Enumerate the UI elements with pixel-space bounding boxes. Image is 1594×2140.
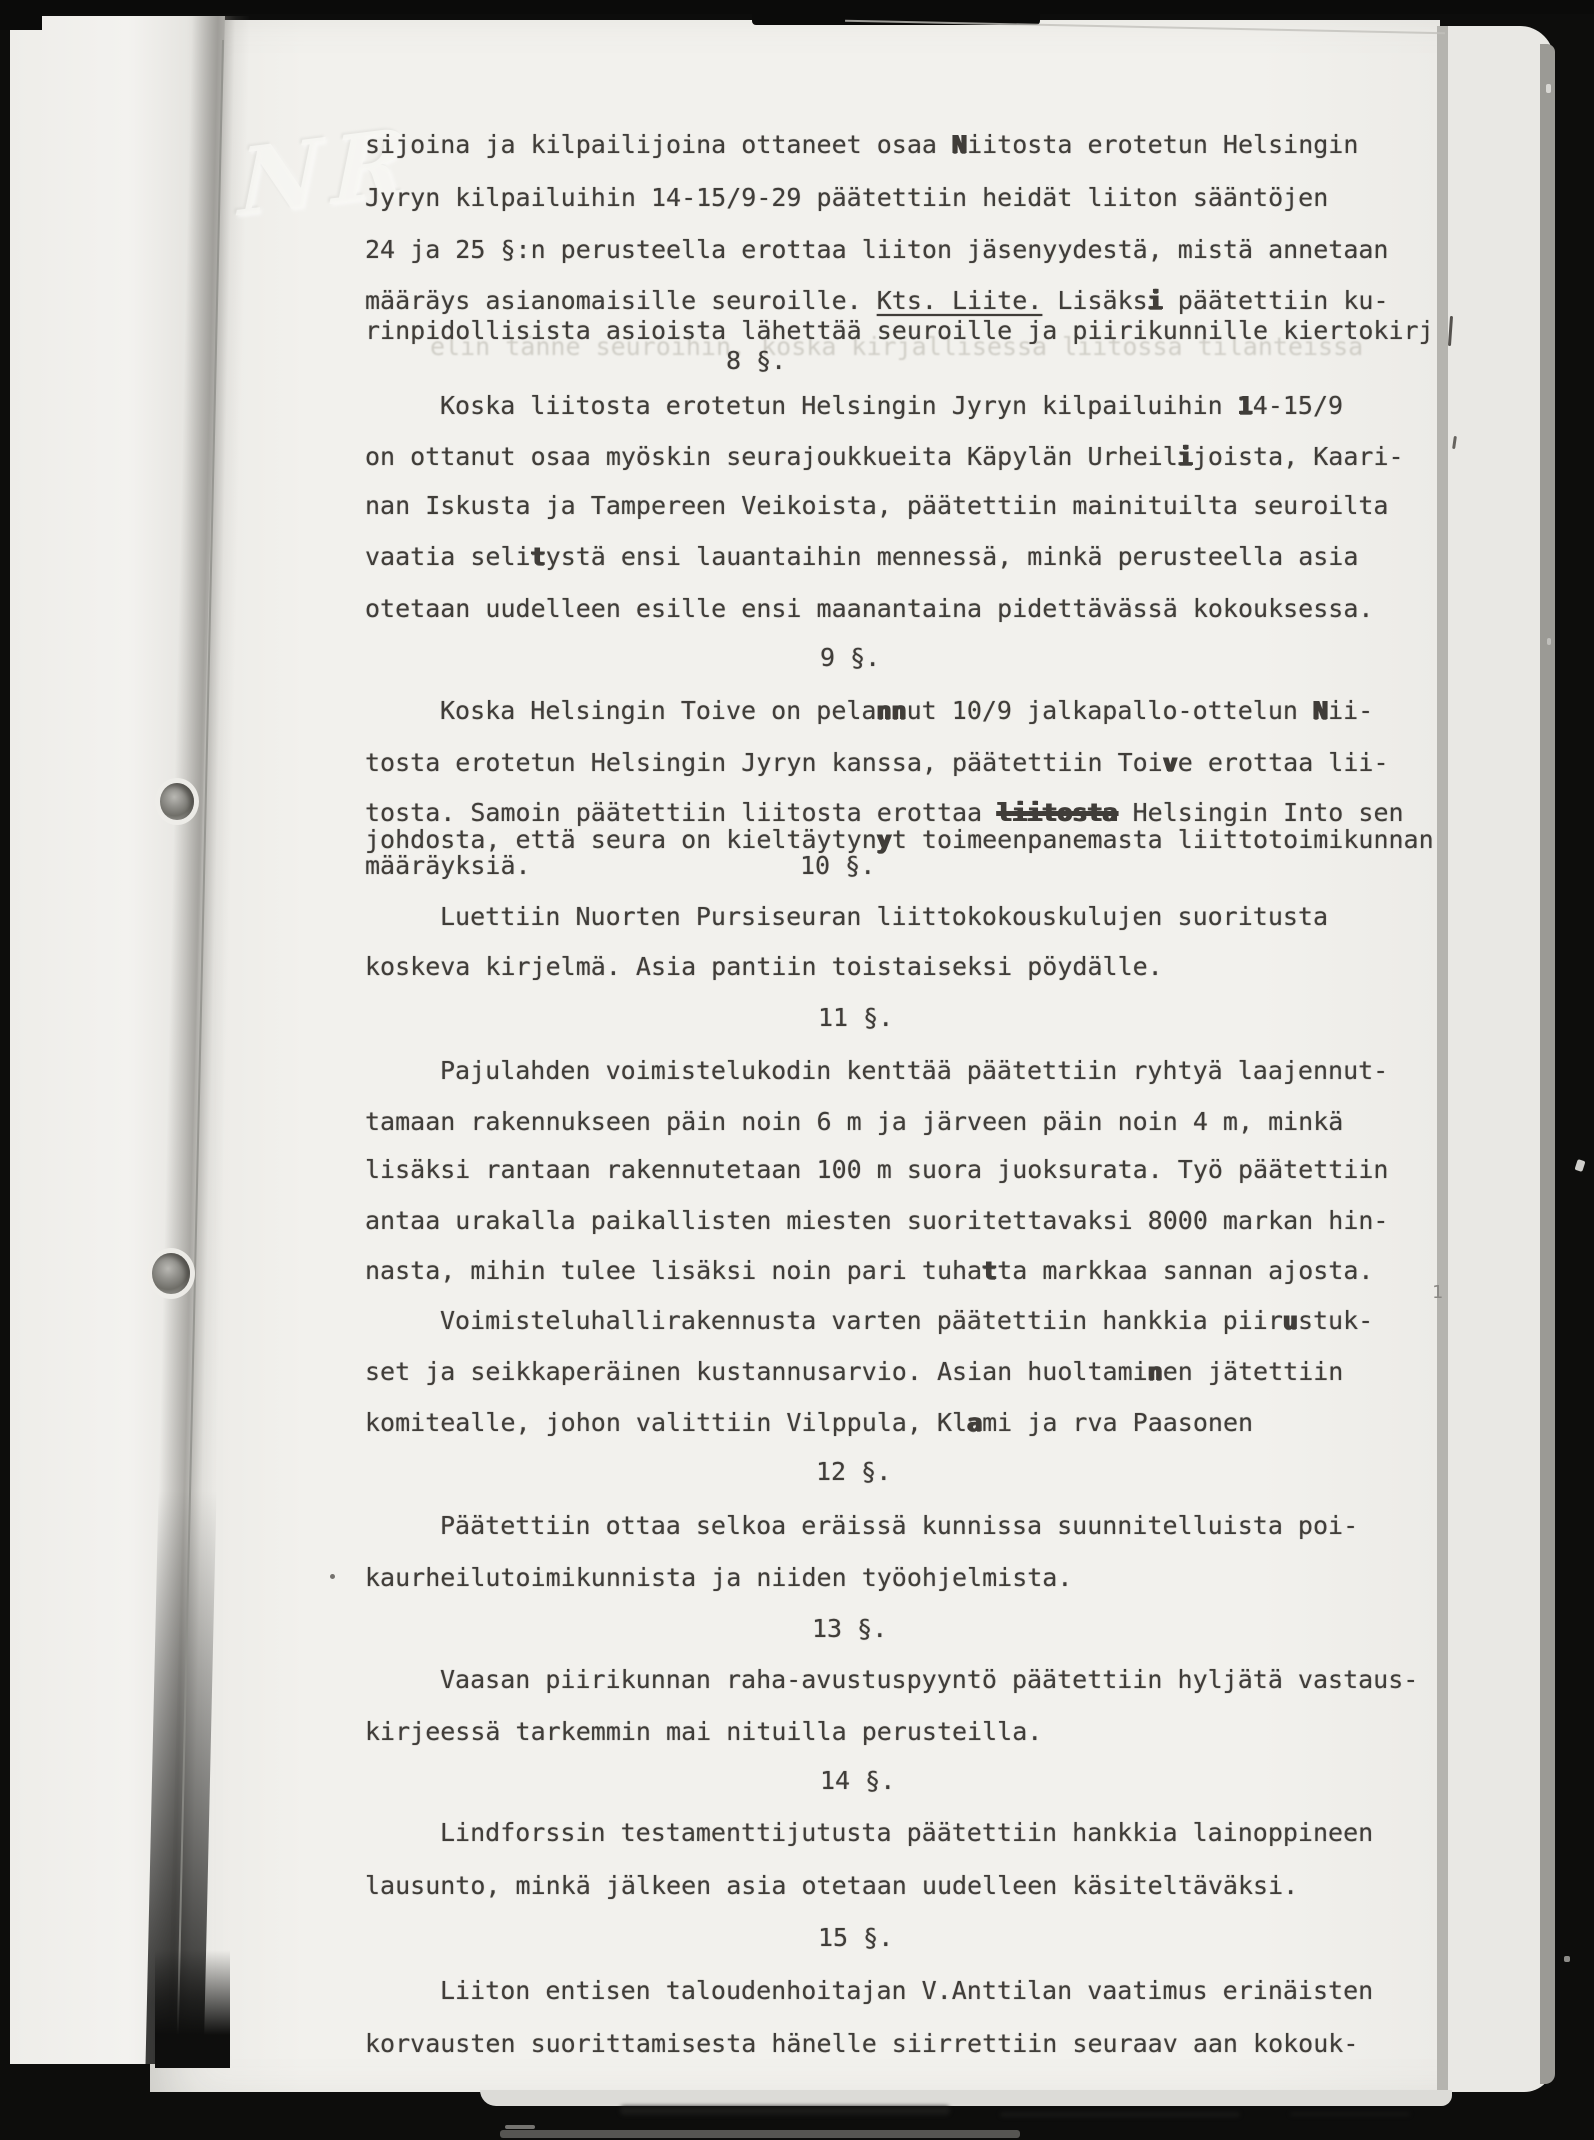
margin-numeral: 1 — [1432, 1282, 1443, 1303]
section-heading: 9 §. — [820, 644, 880, 672]
scan-top-left-corner — [0, 0, 42, 30]
binder-rivet-upper — [160, 783, 194, 820]
text-line: lausunto, minkä jälkeen asia otetaan uud… — [365, 1872, 1298, 1900]
text-line: nan Iskusta ja Tampereen Veikoista, päät… — [365, 492, 1389, 520]
text-line: lisäksi rantaan rakennutetaan 100 m suor… — [365, 1156, 1389, 1184]
text-line: johdosta, että seura on kieltäytynyt toi… — [365, 826, 1434, 854]
text-line: määräys asianomaisille seuroille. Kts. L… — [365, 287, 1389, 315]
text-line: Luettiin Nuorten Pursiseuran liittokokou… — [440, 903, 1328, 931]
section-heading: 8 §. — [726, 347, 786, 375]
text-line: kaurheilutoimikunnista ja niiden työohje… — [365, 1564, 1072, 1592]
text-line: on ottanut osaa myöskin seurajoukkueita … — [365, 443, 1404, 471]
paper-speck — [1574, 1159, 1585, 1172]
text-line: sijoina ja kilpailijoina ottaneet osaa N… — [365, 131, 1358, 159]
text-line: määräyksiä. — [365, 852, 531, 880]
page-stack-edge-strip — [1540, 44, 1555, 2084]
bottom-gray-strip — [500, 2130, 1020, 2138]
section-heading: 10 §. — [800, 852, 875, 880]
under-page-edge — [1437, 26, 1554, 2092]
text-line: Pajulahden voimistelukodin kenttää pääte… — [440, 1057, 1388, 1085]
text-line: nasta, mihin tulee lisäksi noin pari tuh… — [365, 1257, 1373, 1285]
embossed-stamp: NR — [238, 106, 419, 237]
binder-rivet-lower — [152, 1253, 190, 1294]
page-bottom-edge-sliver — [480, 2090, 1452, 2106]
text-line: otetaan uudelleen esille ensi maanantain… — [365, 595, 1373, 623]
section-heading: 11 §. — [818, 1004, 893, 1032]
text-line: tosta. Samoin päätettiin liitosta erotta… — [365, 799, 1404, 827]
paper-speck — [505, 2125, 535, 2129]
section-heading: 13 §. — [812, 1615, 887, 1643]
text-line: komitealle, johon valittiin Vilppula, Kl… — [365, 1409, 1253, 1437]
text-line: Liiton entisen taloudenhoitajan V.Anttil… — [440, 1977, 1373, 2005]
text-line: koskeva kirjelmä. Asia pantiin toistaise… — [365, 953, 1163, 981]
text-line: Koska liitosta erotetun Helsingin Jyryn … — [440, 392, 1343, 420]
text-line: Päätettiin ottaa selkoa eräissä kunnissa… — [440, 1512, 1358, 1540]
text-line: kirjeessä tarkemmin mai nituilla peruste… — [365, 1718, 1042, 1746]
section-heading: 14 §. — [820, 1767, 895, 1795]
text-line: Jyryn kilpailuihin 14-15/9-29 päätettiin… — [365, 184, 1328, 212]
scanned-minutes-page: NR elin tänne seuroihin, koska kirjallis… — [0, 0, 1594, 2140]
ink-dot — [330, 1574, 335, 1579]
text-line: antaa urakalla paikallisten miesten suor… — [365, 1207, 1389, 1235]
text-line: Koska Helsingin Toive on pelannut 10/9 j… — [440, 697, 1373, 725]
text-line: Vaasan piirikunnan raha-avustuspyyntö pä… — [440, 1666, 1418, 1694]
section-heading: 15 §. — [818, 1924, 893, 1952]
fold-bottom-shadow — [155, 1950, 230, 2068]
bottom-smudge — [620, 2106, 950, 2115]
paper-speck — [1564, 1956, 1570, 1962]
paper-speck — [1547, 638, 1551, 645]
text-line: tamaan rakennukseen päin noin 6 m ja jär… — [365, 1108, 1343, 1136]
text-line: 24 ja 25 §:n perusteella erottaa liiton … — [365, 236, 1389, 264]
text-line: vaatia selitystä ensi lauantaihin mennes… — [365, 543, 1358, 571]
text-line: Voimisteluhallirakennusta varten päätett… — [440, 1307, 1373, 1335]
text-line: rinpidollisista asioista lähettää seuroi… — [365, 317, 1434, 345]
bottom-smudge — [1000, 2112, 1240, 2117]
bottom-smudge — [1290, 2112, 1410, 2116]
section-heading: 12 §. — [816, 1458, 891, 1486]
text-line: set ja seikkaperäinen kustannusarvio. As… — [365, 1358, 1343, 1386]
text-line: korvausten suorittamisesta hänelle siirr… — [365, 2030, 1358, 2058]
text-line: Lindforssin testamenttijutusta päätettii… — [440, 1819, 1373, 1847]
text-line: tosta erotetun Helsingin Jyryn kanssa, p… — [365, 749, 1389, 777]
paper-speck — [1546, 84, 1551, 93]
